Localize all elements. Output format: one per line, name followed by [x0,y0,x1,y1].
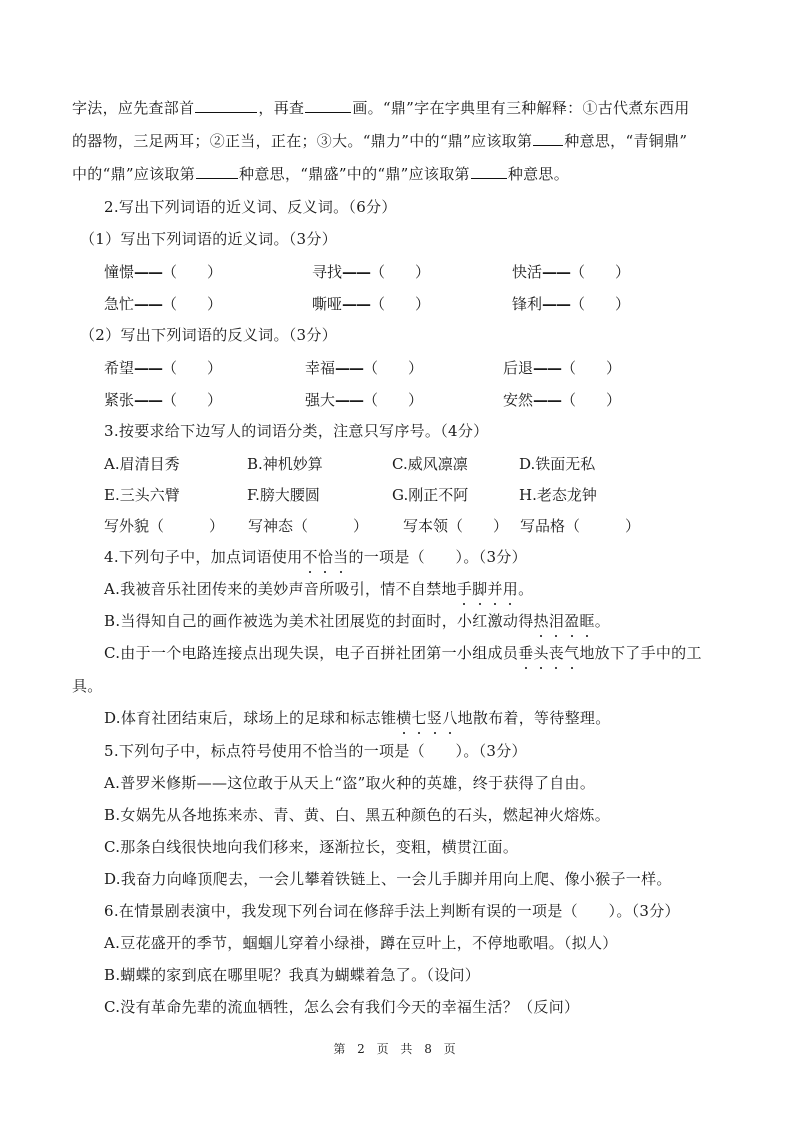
text: —— [134,295,162,313]
emphasis-dot-char: 恰 [318,547,333,567]
answer-blank[interactable] [196,164,238,179]
text: 寻找 [312,263,342,281]
text: 字法，应先查部首 [72,99,194,117]
q1-line-3: 中的“鼎”应该取第种意思，“鼎盛”中的“鼎”应该取第种意思。 [72,164,569,184]
text: 画。“鼎”字在字典里有三种解释：①古代煮东西用 [352,99,689,117]
synonym-item[interactable]: 锋利——（ ） [512,293,630,314]
q6-title: 6.在情景剧表演中，我发现下列台词在修辞手法上判断有误的一项是（ ）。（3分） [104,901,680,921]
text: 嘶哑 [312,295,342,313]
text: （ ） [561,359,621,377]
text: —— [342,263,370,281]
text: （ ） [363,359,423,377]
q4-title: 4.下列句子中，加点词语使用不恰当的一项是（ ）。（3分） [104,547,527,567]
text: 的一项是（ ）。（3分） [348,548,526,566]
emphasis-dot-char: 并 [487,579,502,599]
q5-option-c[interactable]: C.那条白线很快地向我们移来，逐渐拉长，变粗，横贯江面。 [104,837,518,857]
text: A.我被音乐社团传来的美妙声音所吸引，情不自禁地 [104,580,457,598]
synonym-item[interactable]: 急忙——（ ） [104,293,222,314]
text: —— [335,359,363,377]
antonym-item[interactable]: 安然——（ ） [503,389,621,410]
text: （ ） [570,295,630,313]
emphasis-dot-char: 当 [333,547,348,567]
text: （ ） [162,263,222,281]
antonym-item[interactable]: 幸福——（ ） [305,357,423,378]
answer-blank[interactable] [195,98,257,113]
text: （ ） [162,295,222,313]
text: 憧憬 [104,263,134,281]
emphasis-dot-char: 盈 [564,611,579,631]
text: —— [134,391,162,409]
q4-option-c[interactable]: C.由于一个电路连接点出现失误，电子百拼社团第一小组成员垂头丧气地放下了手中的工 [104,643,702,663]
text: （ ） [162,359,222,377]
emphasis-dot-char: 垂 [518,643,533,663]
emphasis-dot-char: 泪 [549,611,564,631]
emphasis-dot-char: 用 [503,579,518,599]
emphasis-dot-char: 脚 [472,579,487,599]
q3-option: D.铁面无私 [519,453,595,474]
emphasis-dot-char: 横 [396,708,411,728]
q3-category-appearance[interactable]: 写外貌（ ） [104,515,224,536]
q3-option: G.刚正不阿 [392,484,468,505]
q5-option-b[interactable]: B.女娲先从各地拣来赤、青、黄、白、黑五种颜色的石头，燃起神火熔炼。 [104,805,610,825]
text: —— [134,359,162,377]
antonym-item[interactable]: 后退——（ ） [503,357,621,378]
text: 种意思，“青铜鼎” [564,132,687,150]
antonym-item[interactable]: 强大——（ ） [305,389,423,410]
text: （ ） [570,263,630,281]
q4-option-d[interactable]: D.体育社团结束后，球场上的足球和标志锥横七竖八地散布着，等待整理。 [104,708,611,728]
page-number: 第 2 页 共 8 页 [0,1040,793,1057]
text: （ ） [370,263,430,281]
text: 。 [595,612,610,630]
q3-option: C.威风凛凛 [392,453,468,474]
dotted-words: 横七竖八 [396,709,457,727]
text: 地散布着，等待整理。 [458,709,611,727]
text: 紧张 [104,391,134,409]
q5-option-d[interactable]: D.我奋力向峰顶爬去，一会儿攀着铁链上、一会儿手脚并用向上爬、像小猴子一样。 [104,869,672,889]
q3-option: F.膀大腰圆 [247,484,320,505]
emphasis-dot-char: 八 [442,708,457,728]
q3-option: H.老态龙钟 [519,484,597,505]
text: 后退 [503,359,533,377]
q6-option-c[interactable]: C.没有革命先辈的流血牺牲，怎么会有我们今天的幸福生活？（反问） [104,997,579,1017]
q3-option: B.神机妙算 [247,453,323,474]
text: 急忙 [104,295,134,313]
q1-line-1: 字法，应先查部首，再查画。“鼎”字在字典里有三种解释：①古代煮东西用 [72,98,690,118]
text: （ ） [162,391,222,409]
synonym-item[interactable]: 快活——（ ） [512,261,630,282]
text: —— [542,263,570,281]
answer-blank[interactable] [533,131,563,146]
text: 地放下了手中的工 [579,644,701,662]
text: 中的“鼎”应该取第 [72,165,195,183]
text: 强大 [305,391,335,409]
text: 的器物，三足两耳；②正当，正在；③大。“鼎力”中的“鼎”应该取第 [72,132,532,150]
text: —— [342,295,370,313]
text: （ ） [363,391,423,409]
emphasis-dot-char: 热 [534,611,549,631]
text: —— [335,391,363,409]
dotted-words: 手脚并用 [457,580,518,598]
text: 。 [518,580,533,598]
text: —— [542,295,570,313]
emphasis-dot-char: 眶 [579,611,594,631]
q5-title: 5.下列句子中，标点符号使用不恰当的一项是（ ）。（3分） [104,741,527,761]
synonym-item[interactable]: 寻找——（ ） [312,261,430,282]
emphasis-dot-char: 七 [412,708,427,728]
text: 锋利 [512,295,542,313]
q3-category-character[interactable]: 写品格（ ） [520,515,640,536]
text: —— [533,391,561,409]
q2-title: 2.写出下列词语的近义词、反义词。（6分） [104,197,397,217]
text: —— [533,359,561,377]
text: C.由于一个电路连接点出现失误，电子百拼社团第一小组成员 [104,644,518,662]
q1-line-2: 的器物，三足两耳；②正当，正在；③大。“鼎力”中的“鼎”应该取第种意思，“青铜鼎… [72,131,687,151]
text: D.体育社团结束后，球场上的足球和标志锥 [104,709,396,727]
text: 幸福 [305,359,335,377]
text: 种意思，“鼎盛”中的“鼎”应该取第 [239,165,470,183]
text: 安然 [503,391,533,409]
dotted-words: 不恰当 [303,548,349,566]
q5-option-a[interactable]: A.普罗米修斯——这位敢于从天上“盗”取火种的英雄，终于获得了自由。 [104,773,595,793]
q4-option-c-cont: 具。 [72,676,103,696]
text: 希望 [104,359,134,377]
q3-category-ability[interactable]: 写本领（ ） [403,515,508,536]
antonym-item[interactable]: 希望——（ ） [104,357,222,378]
text: ，再查 [258,99,304,117]
answer-blank[interactable] [471,164,507,179]
antonym-item[interactable]: 紧张——（ ） [104,389,222,410]
text: （ ） [370,295,430,313]
q2-sub2-title: （2）写出下列词语的反义词。（3分） [80,325,337,345]
q3-category-expression[interactable]: 写神态（ ） [248,515,368,536]
answer-blank[interactable] [305,98,351,113]
text: B.当得知自己的画作被选为美术社团展览的封面时，小红激动得 [104,612,534,630]
dotted-words: 热泪盈眶 [534,612,595,630]
emphasis-dot-char: 手 [457,579,472,599]
dotted-words: 垂头丧气 [518,644,579,662]
emphasis-dot-char: 丧 [549,643,564,663]
text: （ ） [561,391,621,409]
text: 快活 [512,263,542,281]
text: 种意思。 [508,165,569,183]
synonym-item[interactable]: 憧憬——（ ） [104,261,222,282]
emphasis-dot-char: 不 [303,547,318,567]
synonym-item[interactable]: 嘶哑——（ ） [312,293,430,314]
emphasis-dot-char: 头 [533,643,548,663]
q3-option: A.眉清目秀 [104,453,180,474]
q4-option-a[interactable]: A.我被音乐社团传来的美妙声音所吸引，情不自禁地手脚并用。 [104,579,533,599]
q3-title: 3.按要求给下边写人的词语分类，注意只写序号。（4分） [104,421,488,441]
emphasis-dot-char: 气 [564,643,579,663]
emphasis-dot-char: 竖 [427,708,442,728]
q6-option-a[interactable]: A.豆花盛开的季节，蝈蝈儿穿着小绿褂，蹲在豆叶上，不停地歌唱。（拟人） [104,933,618,953]
text: —— [134,263,162,281]
q2-sub1-title: （1）写出下列词语的近义词。（3分） [80,229,337,249]
q4-option-b[interactable]: B.当得知自己的画作被选为美术社团展览的封面时，小红激动得热泪盈眶。 [104,611,610,631]
q3-option: E.三头六臂 [104,484,180,505]
q6-option-b[interactable]: B.蝴蝶的家到底在哪里呢？我真为蝴蝶着急了。（设问） [104,965,480,985]
text: 4.下列句子中，加点词语使用 [104,548,303,566]
